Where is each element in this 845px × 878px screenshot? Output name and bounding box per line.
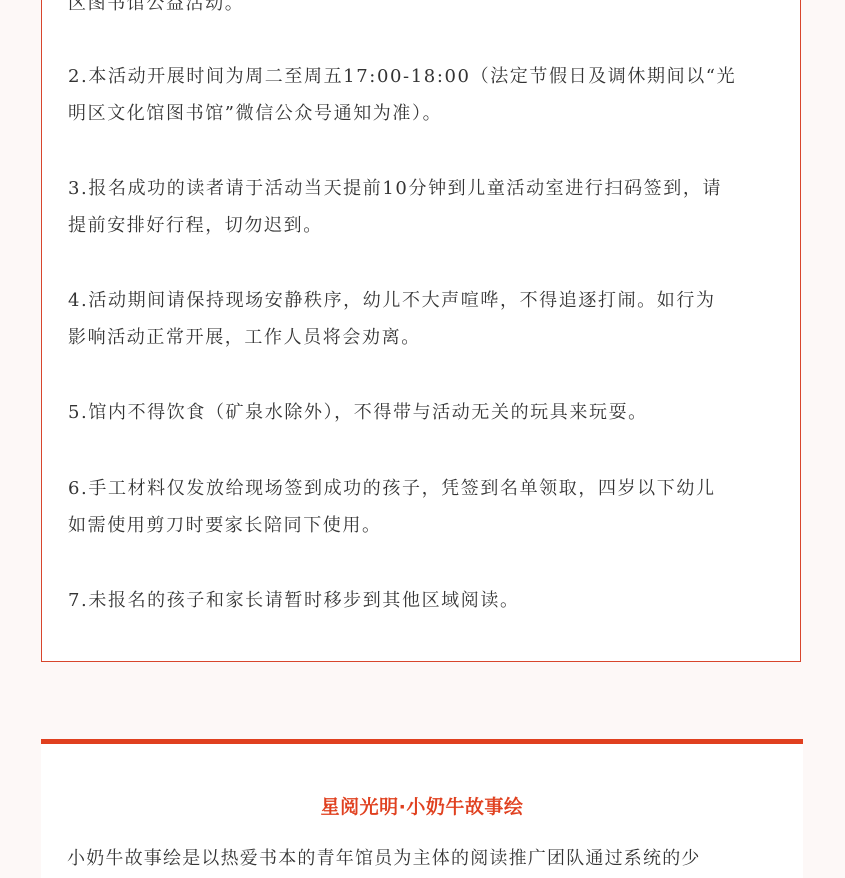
section-title: 星阅光明·小奶牛故事绘 — [41, 792, 803, 819]
rule-item-1-tail: 区图书馆公益活动。 — [68, 0, 778, 22]
rule-item-6-line-1: 6.手工材料仅发放给现场签到成功的孩子，凭签到名单领取，四岁以下幼儿 — [68, 470, 778, 507]
rule-item-3-line-1: 3.报名成功的读者请于活动当天提前10分钟到儿童活动室进行扫码签到，请 — [68, 170, 778, 207]
rule-item-2-line-2: 明区文化馆图书馆”微信公众号通知为准）。 — [68, 95, 778, 132]
section-card-story: 星阅光明·小奶牛故事绘 小奶牛故事绘是以热爱书本的青年馆员为主体的阅读推广团队通… — [41, 744, 803, 878]
rule-item-7: 7.未报名的孩子和家长请暂时移步到其他区域阅读。 — [68, 582, 778, 619]
rule-item-4-line-2: 影响活动正常开展，工作人员将会劝离。 — [68, 319, 778, 356]
rule-item-2-line-1: 2.本活动开展时间为周二至周五17:00-18:00（法定节假日及调休期间以“光 — [68, 58, 778, 95]
section-body-text: 小奶牛故事绘是以热爱书本的青年馆员为主体的阅读推广团队通过系统的少 — [67, 840, 787, 877]
rule-item-5: 5.馆内不得饮食（矿泉水除外），不得带与活动无关的玩具来玩耍。 — [68, 394, 778, 431]
rule-item-6-line-2: 如需使用剪刀时要家长陪同下使用。 — [68, 507, 778, 544]
rule-item-3-line-2: 提前安排好行程，切勿迟到。 — [68, 207, 778, 244]
rule-item-4-line-1: 4.活动期间请保持现场安静秩序，幼儿不大声喧哗，不得追逐打闹。如行为 — [68, 282, 778, 319]
activity-rules-box: 区图书馆公益活动。 2.本活动开展时间为周二至周五17:00-18:00（法定节… — [41, 0, 801, 662]
